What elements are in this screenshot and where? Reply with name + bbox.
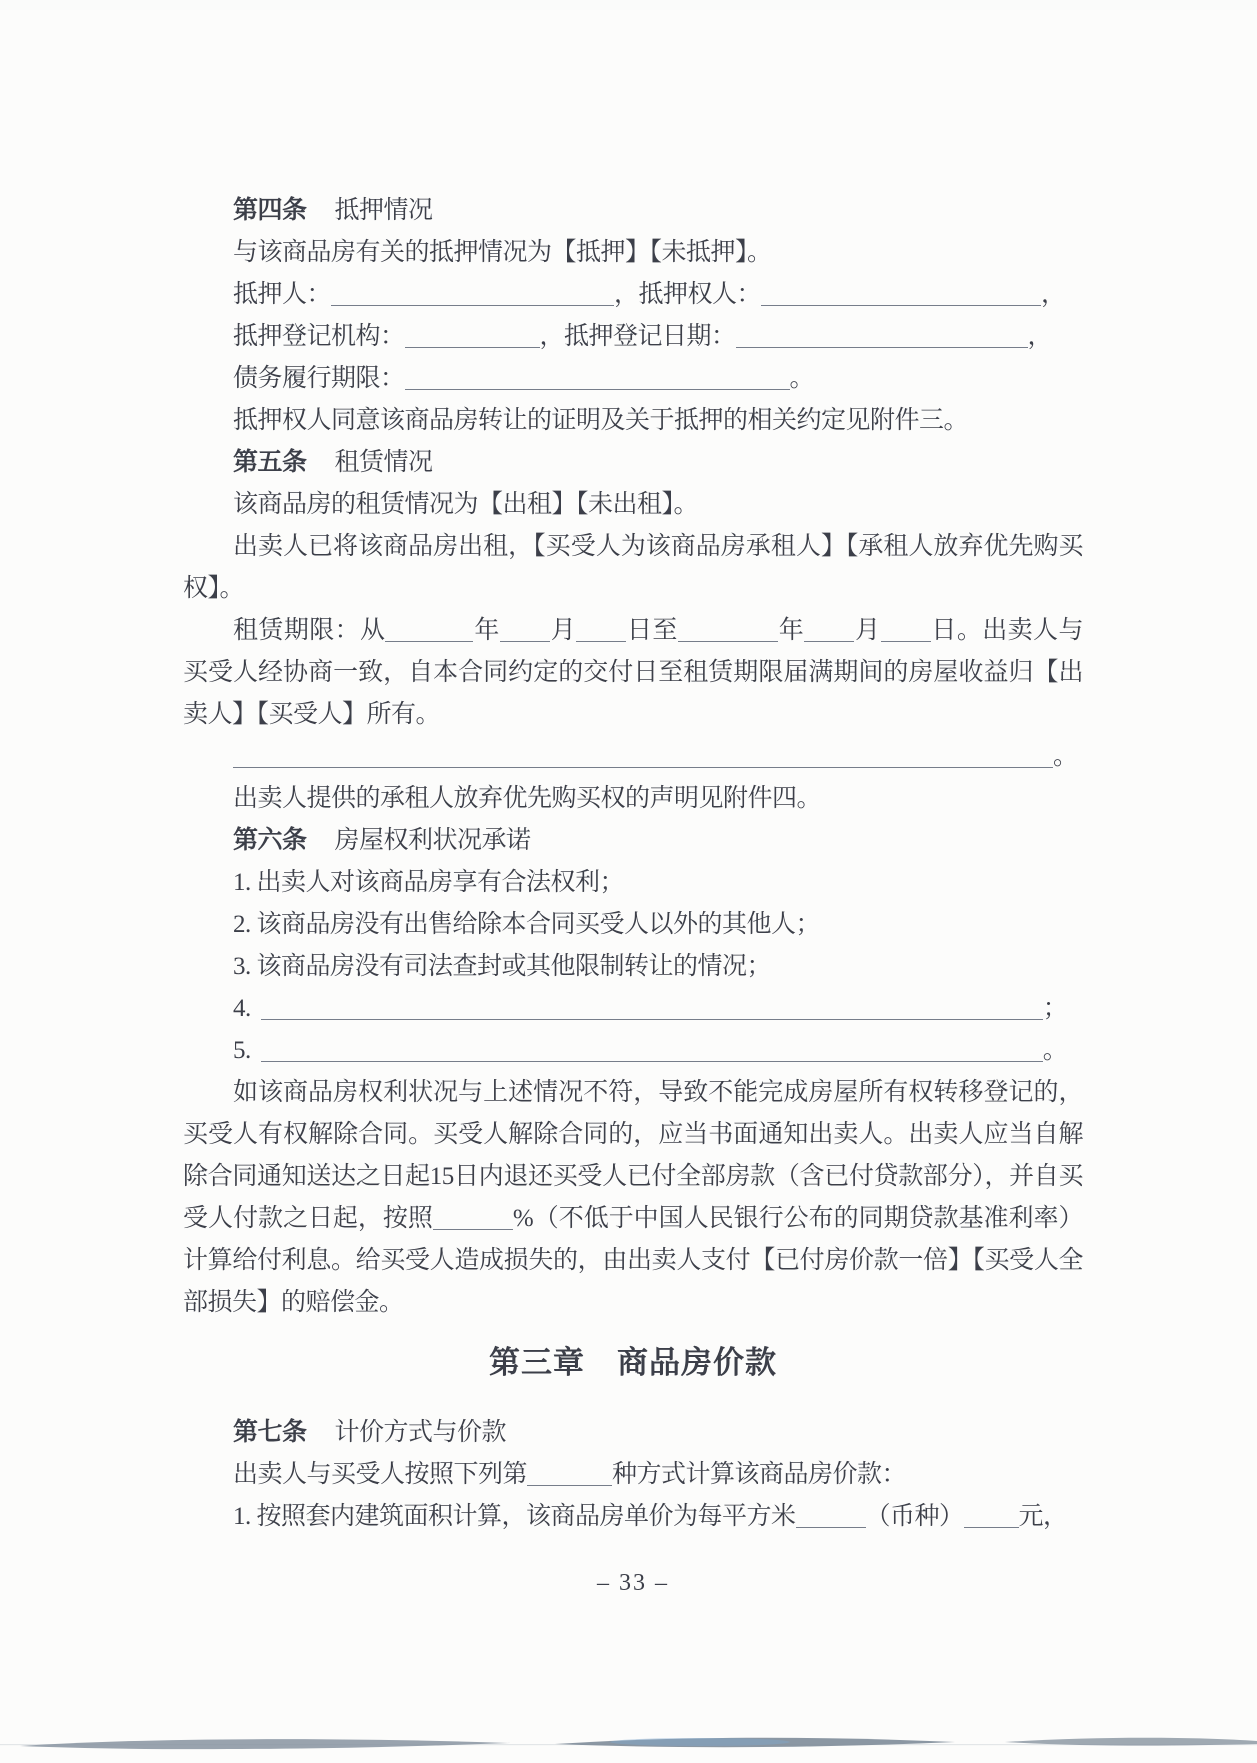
rights-item-4: 4.；	[183, 988, 1083, 1030]
period-mark: 。	[1053, 743, 1078, 770]
scanner-streak-artifact	[0, 1728, 1257, 1763]
mortgagor-line: 抵押人：，抵押权人：，	[183, 274, 1083, 316]
chapter3-title: 第三章 商品房价款	[183, 1340, 1083, 1386]
unit-price-blank	[796, 1527, 866, 1528]
separator-comma: ，	[614, 281, 639, 308]
article7-heading: 第七条计价方式与价款	[183, 1412, 1083, 1454]
contract-body: 第四条抵押情况 与该商品房有关的抵押情况为【抵押】【未抵押】。 抵押人：，抵押权…	[183, 190, 1083, 1604]
registry-date-blank-underline	[736, 347, 1028, 348]
article6-heading: 第六条房屋权利状况承诺	[183, 820, 1083, 862]
mortgage-registry-line: 抵押登记机构：，抵押登记日期：，	[183, 316, 1083, 358]
article7-title: 计价方式与价款	[335, 1419, 507, 1446]
period-mark: 。	[1043, 1037, 1068, 1064]
item4-number: 4.	[233, 995, 251, 1022]
separator-comma: ，	[1028, 323, 1053, 350]
semicolon-mark: ；	[1043, 995, 1068, 1022]
lease-status-line: 该商品房的租赁情况为【出租】【未出租】。	[183, 484, 1083, 526]
registry-org-blank-underline	[405, 347, 540, 348]
mortgagee-blank-underline	[761, 305, 1041, 306]
lease-to-year-blank	[678, 641, 778, 642]
mortgagee-label: 抵押权人：	[639, 281, 762, 308]
rights-item-1: 1. 出卖人对该商品房享有合法权利；	[183, 862, 1083, 904]
article7-number: 第七条	[233, 1419, 307, 1446]
registry-date-label: 抵押登记日期：	[564, 323, 736, 350]
separator-comma: ，	[540, 323, 565, 350]
article5-heading: 第五条租赁情况	[183, 442, 1083, 484]
mortgage-status-line: 与该商品房有关的抵押情况为【抵押】【未抵押】。	[183, 232, 1083, 274]
interest-rate-blank	[433, 1229, 513, 1230]
scan-streak-blue-tint	[610, 1738, 790, 1746]
pricing-item1-text-a: 1. 按照套内建筑面积计算，该商品房单价为每平方米	[233, 1503, 796, 1530]
article4-title: 抵押情况	[335, 197, 433, 224]
month-label: 月	[854, 617, 880, 644]
article4-number: 第四条	[233, 197, 307, 224]
item5-blank-underline	[261, 1061, 1043, 1062]
pricing-method-suffix: 种方式计算该商品房价款：	[612, 1461, 906, 1488]
pricing-item1-text-b: （币种）	[866, 1503, 964, 1530]
currency-amount-blank	[964, 1527, 1019, 1528]
debt-term-label: 债务履行期限：	[233, 365, 405, 392]
article6-title: 房屋权利状况承诺	[335, 827, 531, 854]
scan-streak-left	[20, 1739, 510, 1749]
lease-term-paragraph: 租赁期限：从年月日至年月日。出卖人与买受人经协商一致，自本合同约定的交付日至租赁…	[183, 610, 1083, 736]
article5-title: 租赁情况	[335, 449, 433, 476]
article4-heading: 第四条抵押情况	[183, 190, 1083, 232]
period-mark: 。	[790, 365, 815, 392]
scan-top-edge-artifact	[0, 0, 1257, 10]
lease-from-month-blank	[500, 641, 550, 642]
mortgagor-label: 抵押人：	[233, 281, 331, 308]
lease-tenant-paragraph: 出卖人已将该商品房出租，【买受人为该商品房承租人】【承租人放弃优先购买权】。	[183, 526, 1083, 610]
pricing-item1-text-c: 元，	[1019, 1503, 1068, 1530]
month-label: 月	[550, 617, 576, 644]
pricing-item-1: 1. 按照套内建筑面积计算，该商品房单价为每平方米（币种）元，	[183, 1496, 1083, 1538]
lease-to-month-blank	[804, 641, 854, 642]
pricing-method-line: 出卖人与买受人按照下列第种方式计算该商品房价款：	[183, 1454, 1083, 1496]
item5-number: 5.	[233, 1037, 251, 1064]
debt-term-blank-underline	[405, 389, 790, 390]
page-number: – 33 –	[183, 1562, 1083, 1604]
mortgagor-blank-underline	[331, 305, 614, 306]
rights-item-5: 5.。	[183, 1030, 1083, 1072]
rights-item-2: 2. 该商品房没有出售给除本合同买受人以外的其他人；	[183, 904, 1083, 946]
lease-to-day-blank	[881, 641, 931, 642]
mortgagee-consent-line: 抵押权人同意该商品房转让的证明及关于抵押的相关约定见附件三。	[183, 400, 1083, 442]
article6-number: 第六条	[233, 827, 307, 854]
waiver-statement-line: 出卖人提供的承租人放弃优先购买权的声明见附件四。	[183, 778, 1083, 820]
scanned-contract-page: { "colors":{ "text":"#3c3f49", "underlin…	[0, 0, 1257, 1763]
item4-blank-underline	[261, 1019, 1043, 1020]
year-label: 年	[473, 617, 499, 644]
lease-from-year-blank	[385, 641, 473, 642]
lease-from-day-blank	[576, 641, 626, 642]
pricing-method-prefix: 出卖人与买受人按照下列第	[233, 1461, 527, 1488]
pricing-method-blank	[527, 1485, 612, 1486]
debt-term-line: 债务履行期限：。	[183, 358, 1083, 400]
separator-comma: ，	[1041, 281, 1066, 308]
rights-item-3: 3. 该商品房没有司法查封或其他限制转让的情况；	[183, 946, 1083, 988]
registry-org-label: 抵押登记机构：	[233, 323, 405, 350]
lease-term-prefix: 租赁期限：从	[233, 617, 385, 644]
blank-fill-line: 。	[183, 736, 1083, 778]
article5-number: 第五条	[233, 449, 307, 476]
full-width-blank-underline	[233, 767, 1053, 768]
day-to-label: 日至	[626, 617, 678, 644]
year-label: 年	[778, 617, 804, 644]
breach-remedy-paragraph: 如该商品房权利状况与上述情况不符，导致不能完成房屋所有权转移登记的，买受人有权解…	[183, 1072, 1083, 1324]
